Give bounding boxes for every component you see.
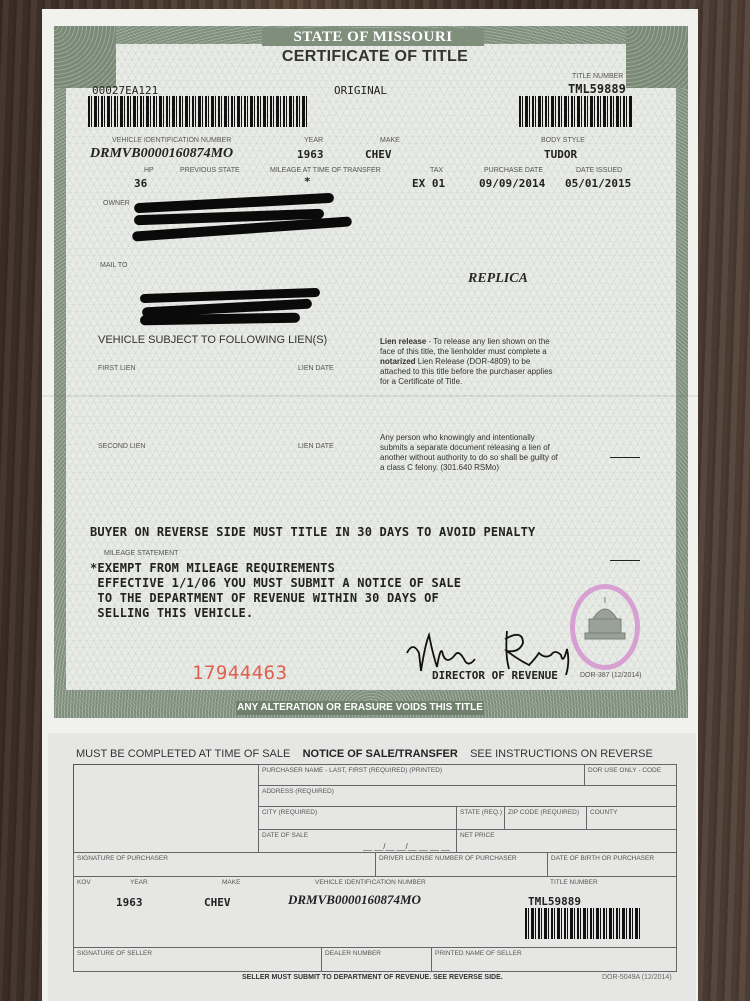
date-issued-value: 05/01/2015	[565, 177, 631, 190]
nos-form-number: DOR-5049A (12/2014)	[602, 974, 672, 981]
purchaser-name-field[interactable]: PURCHASER NAME - LAST, FIRST (REQUIRED) …	[258, 764, 585, 786]
certificate-title: CERTIFICATE OF TITLE	[0, 48, 750, 66]
nos-vin: DRMVB0000160874MO	[288, 892, 421, 908]
barcode-left	[88, 96, 308, 127]
director-label: DIRECTOR OF REVENUE	[432, 669, 558, 682]
previous-state-label: PREVIOUS STATE	[180, 167, 240, 174]
felony-notice: Any person who knowingly and intentional…	[380, 433, 558, 473]
year-label: YEAR	[304, 137, 323, 144]
vin-value: DRMVB0000160874MO	[90, 146, 233, 162]
mileage-statement-line: *EXEMPT FROM MILEAGE REQUIREMENTS	[90, 561, 335, 575]
mileage-label: MILEAGE AT TIME OF TRANSFER	[270, 167, 381, 174]
dor-use-field: DOR USE ONLY - CODE	[584, 764, 677, 786]
serial-number: 17944463	[192, 662, 288, 684]
purchase-date-value: 09/09/2014	[479, 177, 545, 190]
title-number-label: TITLE NUMBER	[572, 73, 623, 80]
purchaser-signature-field[interactable]: SIGNATURE OF PURCHASER	[73, 852, 376, 877]
title-number: TML59889	[568, 82, 626, 96]
date-issued-label: DATE ISSUED	[576, 167, 622, 174]
seller-printed-name-field[interactable]: PRINTED NAME OF SELLER	[431, 947, 677, 972]
mail-to-label: MAIL TO	[100, 262, 128, 269]
state-field[interactable]: STATE (REQ.)	[456, 806, 505, 830]
seller-signature-field[interactable]: SIGNATURE OF SELLER	[73, 947, 322, 972]
address-field[interactable]: ADDRESS (REQUIRED)	[258, 785, 677, 807]
director-signature	[405, 625, 590, 675]
dealer-number-field[interactable]: DEALER NUMBER	[321, 947, 432, 972]
first-lien-date-label: LIEN DATE	[298, 365, 334, 372]
body-style-value: TUDOR	[544, 148, 577, 161]
year-value: 1963	[297, 148, 324, 161]
nos-barcode	[525, 908, 641, 939]
hp-label: HP	[144, 167, 154, 174]
liens-heading: VEHICLE SUBJECT TO FOLLOWING LIEN(S)	[98, 334, 327, 346]
date-of-sale-field[interactable]: DATE OF SALE__ __/__ __/__ __ __ __	[258, 829, 457, 853]
net-price-field[interactable]: NET PRICE	[456, 829, 677, 853]
mileage-statement-label: MILEAGE STATEMENT	[104, 550, 178, 557]
nos-year: 1963	[116, 896, 143, 909]
mileage-statement-line: TO THE DEPARTMENT OF REVENUE WITHIN 30 D…	[90, 591, 439, 605]
nos-title-number: TML59889	[528, 895, 581, 908]
body-style-label: BODY STYLE	[541, 137, 585, 144]
tax-value: EX 01	[412, 177, 445, 190]
paper-fold	[42, 395, 698, 397]
mileage-value: *	[304, 175, 311, 188]
tick-mark	[610, 457, 640, 458]
copy-type: ORIGINAL	[334, 84, 387, 97]
first-lien-label: FIRST LIEN	[98, 365, 136, 372]
tax-label: TAX	[430, 167, 443, 174]
mileage-statement-line: SELLING THIS VEHICLE.	[90, 606, 253, 620]
buyer-notice: BUYER ON REVERSE SIDE MUST TITLE IN 30 D…	[90, 525, 535, 539]
make-label: MAKE	[380, 137, 400, 144]
lien-release-notice: Lien release - To release any lien shown…	[380, 337, 558, 387]
second-lien-date-label: LIEN DATE	[298, 443, 334, 450]
state-banner: STATE OF MISSOURI	[262, 28, 484, 46]
driver-license-field[interactable]: DRIVER LICENSE NUMBER OF PURCHASER	[375, 852, 548, 877]
tick-mark	[610, 560, 640, 561]
void-notice: ANY ALTERATION OR ERASURE VOIDS THIS TIT…	[236, 701, 484, 715]
hp-value: 36	[134, 177, 147, 190]
city-field[interactable]: CITY (REQUIRED)	[258, 806, 457, 830]
make-value: CHEV	[365, 148, 392, 161]
barcode-right	[519, 96, 633, 127]
lien-release-title: Lien release	[380, 337, 426, 346]
dob-field[interactable]: DATE OF BIRTH OR PURCHASER	[547, 852, 677, 877]
second-lien-label: SECOND LIEN	[98, 443, 145, 450]
notice-of-sale-title: NOTICE OF SALE/TRANSFER	[303, 748, 458, 760]
nos-make: CHEV	[204, 896, 231, 909]
replica-stamp: REPLICA	[468, 271, 528, 287]
notice-of-sale-header: MUST BE COMPLETED AT TIME OF SALE NOTICE…	[76, 748, 653, 760]
purchase-date-label: PURCHASE DATE	[484, 167, 543, 174]
form-number: DOR-387 (12/2014)	[580, 672, 641, 679]
owner-label: OWNER	[103, 200, 130, 207]
mileage-statement-line: EFFECTIVE 1/1/06 YOU MUST SUBMIT A NOTIC…	[90, 576, 461, 590]
zip-field[interactable]: ZIP CODE (REQUIRED)	[504, 806, 587, 830]
seller-submit-note: SELLER MUST SUBMIT TO DEPARTMENT OF REVE…	[242, 974, 503, 981]
vin-label: VEHICLE IDENTIFICATION NUMBER	[112, 137, 231, 144]
county-field[interactable]: COUNTY	[586, 806, 677, 830]
vehicle-info-section: KOV YEAR MAKE VEHICLE IDENTIFICATION NUM…	[73, 876, 677, 948]
